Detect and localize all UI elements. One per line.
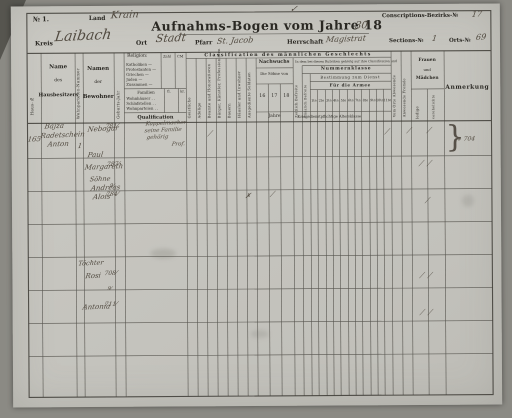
resident-name: Rosi — [85, 273, 101, 281]
resident-birth-year: 708⁄ — [104, 271, 117, 278]
class-column-nobility: Adelige — [198, 62, 202, 118]
house-number-column-label: Haus-№ — [30, 63, 34, 115]
families-kr-col: kr. — [180, 90, 185, 94]
resident-birth-year: 784⁄ — [105, 192, 118, 199]
women-box-title: Frauen — [418, 59, 435, 64]
herrschaft-label: Herrschaft — [287, 40, 323, 46]
ort-value: Stadt — [155, 32, 187, 44]
fully-exempt-column: Gänzlich Befreite — [304, 78, 307, 118]
remark-column-label: Anmerkung — [445, 85, 489, 91]
offspring-box-title: Nachwuchs — [259, 60, 290, 65]
orts-value: 69 — [475, 33, 486, 41]
absent-column: Vom Orte Abwesende — [393, 57, 397, 117]
age-17: 17 — [271, 95, 277, 100]
class-column-peasants: Bauern — [228, 62, 232, 118]
age-18: 18 — [283, 95, 289, 100]
paper-sheet: № 1. Land Krain Conscriptions-Bezirks-№ … — [0, 0, 512, 418]
class-9: 9te — [370, 99, 376, 102]
religion-box-title: Religion: — [127, 55, 147, 60]
resident-birth-year: 711⁄ — [104, 302, 117, 309]
families-box-title: Familien — [137, 91, 154, 95]
single-women-column: ledige — [416, 93, 420, 119]
year-column-mark: 9⁄ — [107, 287, 112, 292]
form-title-year: 30 — [354, 21, 368, 32]
class-column-officials: Beamte und Honoratioren — [208, 62, 212, 118]
residents-column-label: Bewohner — [83, 95, 114, 101]
kreis-label: Kreis — [35, 41, 53, 47]
class-column-burghers: Bürger, Künstler, Professionisten — [218, 62, 222, 118]
pfarr-value: St. Jacob — [216, 36, 253, 45]
qualification-entry: Prof. — [171, 142, 185, 148]
resident-birth-year: 781⁄ — [105, 124, 118, 131]
orts-label: Orts-№ — [449, 39, 471, 45]
class-6: 6te — [348, 99, 354, 102]
class-5: 5te — [341, 99, 347, 102]
tally-cross: ✗ — [244, 193, 251, 200]
class-11: 11te — [383, 99, 391, 102]
pfarr-label: Pfarr — [195, 40, 212, 46]
age-16: 16 — [259, 95, 265, 100]
form-number: № 1. — [33, 16, 49, 23]
kreis-value: Laibach — [54, 28, 112, 44]
number-class-label: Nummernklasse — [321, 67, 372, 72]
class-2: 2te — [319, 100, 325, 103]
married-women-column: verehelichte — [432, 91, 435, 119]
ort-label: Ort — [136, 41, 147, 47]
religion-cm-col: CM — [177, 55, 183, 59]
conscription-district-value: 17 — [471, 10, 482, 18]
offspring-subtitle: Die Söhne von — [260, 72, 288, 76]
class-3: 3te — [326, 100, 332, 103]
for-the-army-label: Für die Armee — [330, 83, 371, 87]
conscription-district-label: Conscriptions-Bezirks-№ — [382, 14, 458, 20]
group-heading-sons: Söhne — [89, 176, 111, 183]
dwelling-party-column-label: Wohnparteien-Nummer — [76, 59, 80, 119]
owner-column-label: Name — [49, 65, 67, 71]
scanned-census-form: № 1. Land Krain Conscriptions-Bezirks-№ … — [0, 0, 512, 418]
herrschaft-value: Magistrat — [325, 35, 366, 45]
owner-column-label: Hausbesitzers — [38, 93, 78, 98]
class-column-veterans: Ausgediente Soldaten — [248, 62, 252, 118]
section-label: Sections-№ — [389, 39, 424, 45]
land-value: Krain — [110, 10, 139, 21]
checkmark: ✓ — [289, 6, 298, 15]
class-7: 7te — [355, 99, 361, 102]
owner-name-entry: Bajza — [44, 123, 64, 131]
families-fl-col: fl. — [167, 91, 170, 95]
birth-year-column-label: Geburts-Jahr — [116, 61, 120, 119]
resident-birth-year: 9⁄ — [110, 184, 115, 189]
resident-name: Paul — [87, 152, 103, 160]
class-column-clergy: Geistliche — [188, 62, 192, 118]
land-label: Land — [89, 16, 106, 22]
service-designation-label: Bestimmung zum Dienst — [320, 75, 380, 79]
families-row: Wohnparteien . . — [126, 107, 158, 111]
owner-name-entry: Anton — [47, 141, 69, 149]
religion-row: Zusammen — — [126, 83, 152, 87]
women-box-title: und — [423, 68, 430, 72]
class-1: 1te — [311, 100, 317, 103]
years-label: Jahre — [268, 115, 280, 120]
class-column-cottagers: Häusler und Inwohner — [238, 62, 242, 118]
resident-birth-year: 787⁄ — [106, 162, 119, 169]
age-class-footer: Kriegsdienstpflichtige Altersklasse — [298, 115, 362, 119]
owner-column-label: des — [54, 79, 62, 84]
foreigners-present-column: Anwesende Fremde — [403, 57, 407, 117]
residents-column-label: Namen — [87, 67, 109, 73]
group-heading-daughters: Töchter — [78, 259, 104, 267]
remark-entry: + 704 — [456, 136, 475, 143]
army-box-note: In dem bei diesen Rubriken gehörig auf i… — [295, 60, 397, 64]
religion-count-col: Zahl — [163, 56, 171, 60]
temporarily-exempt-column: Zeitlich Befreite — [295, 62, 299, 118]
residents-column-label: der — [94, 81, 102, 86]
class-8: 8te — [363, 99, 369, 102]
women-box-title: Mädchen — [416, 77, 439, 82]
qualification-entry: gehörig — [146, 135, 168, 141]
class-4: 4te — [333, 99, 339, 102]
